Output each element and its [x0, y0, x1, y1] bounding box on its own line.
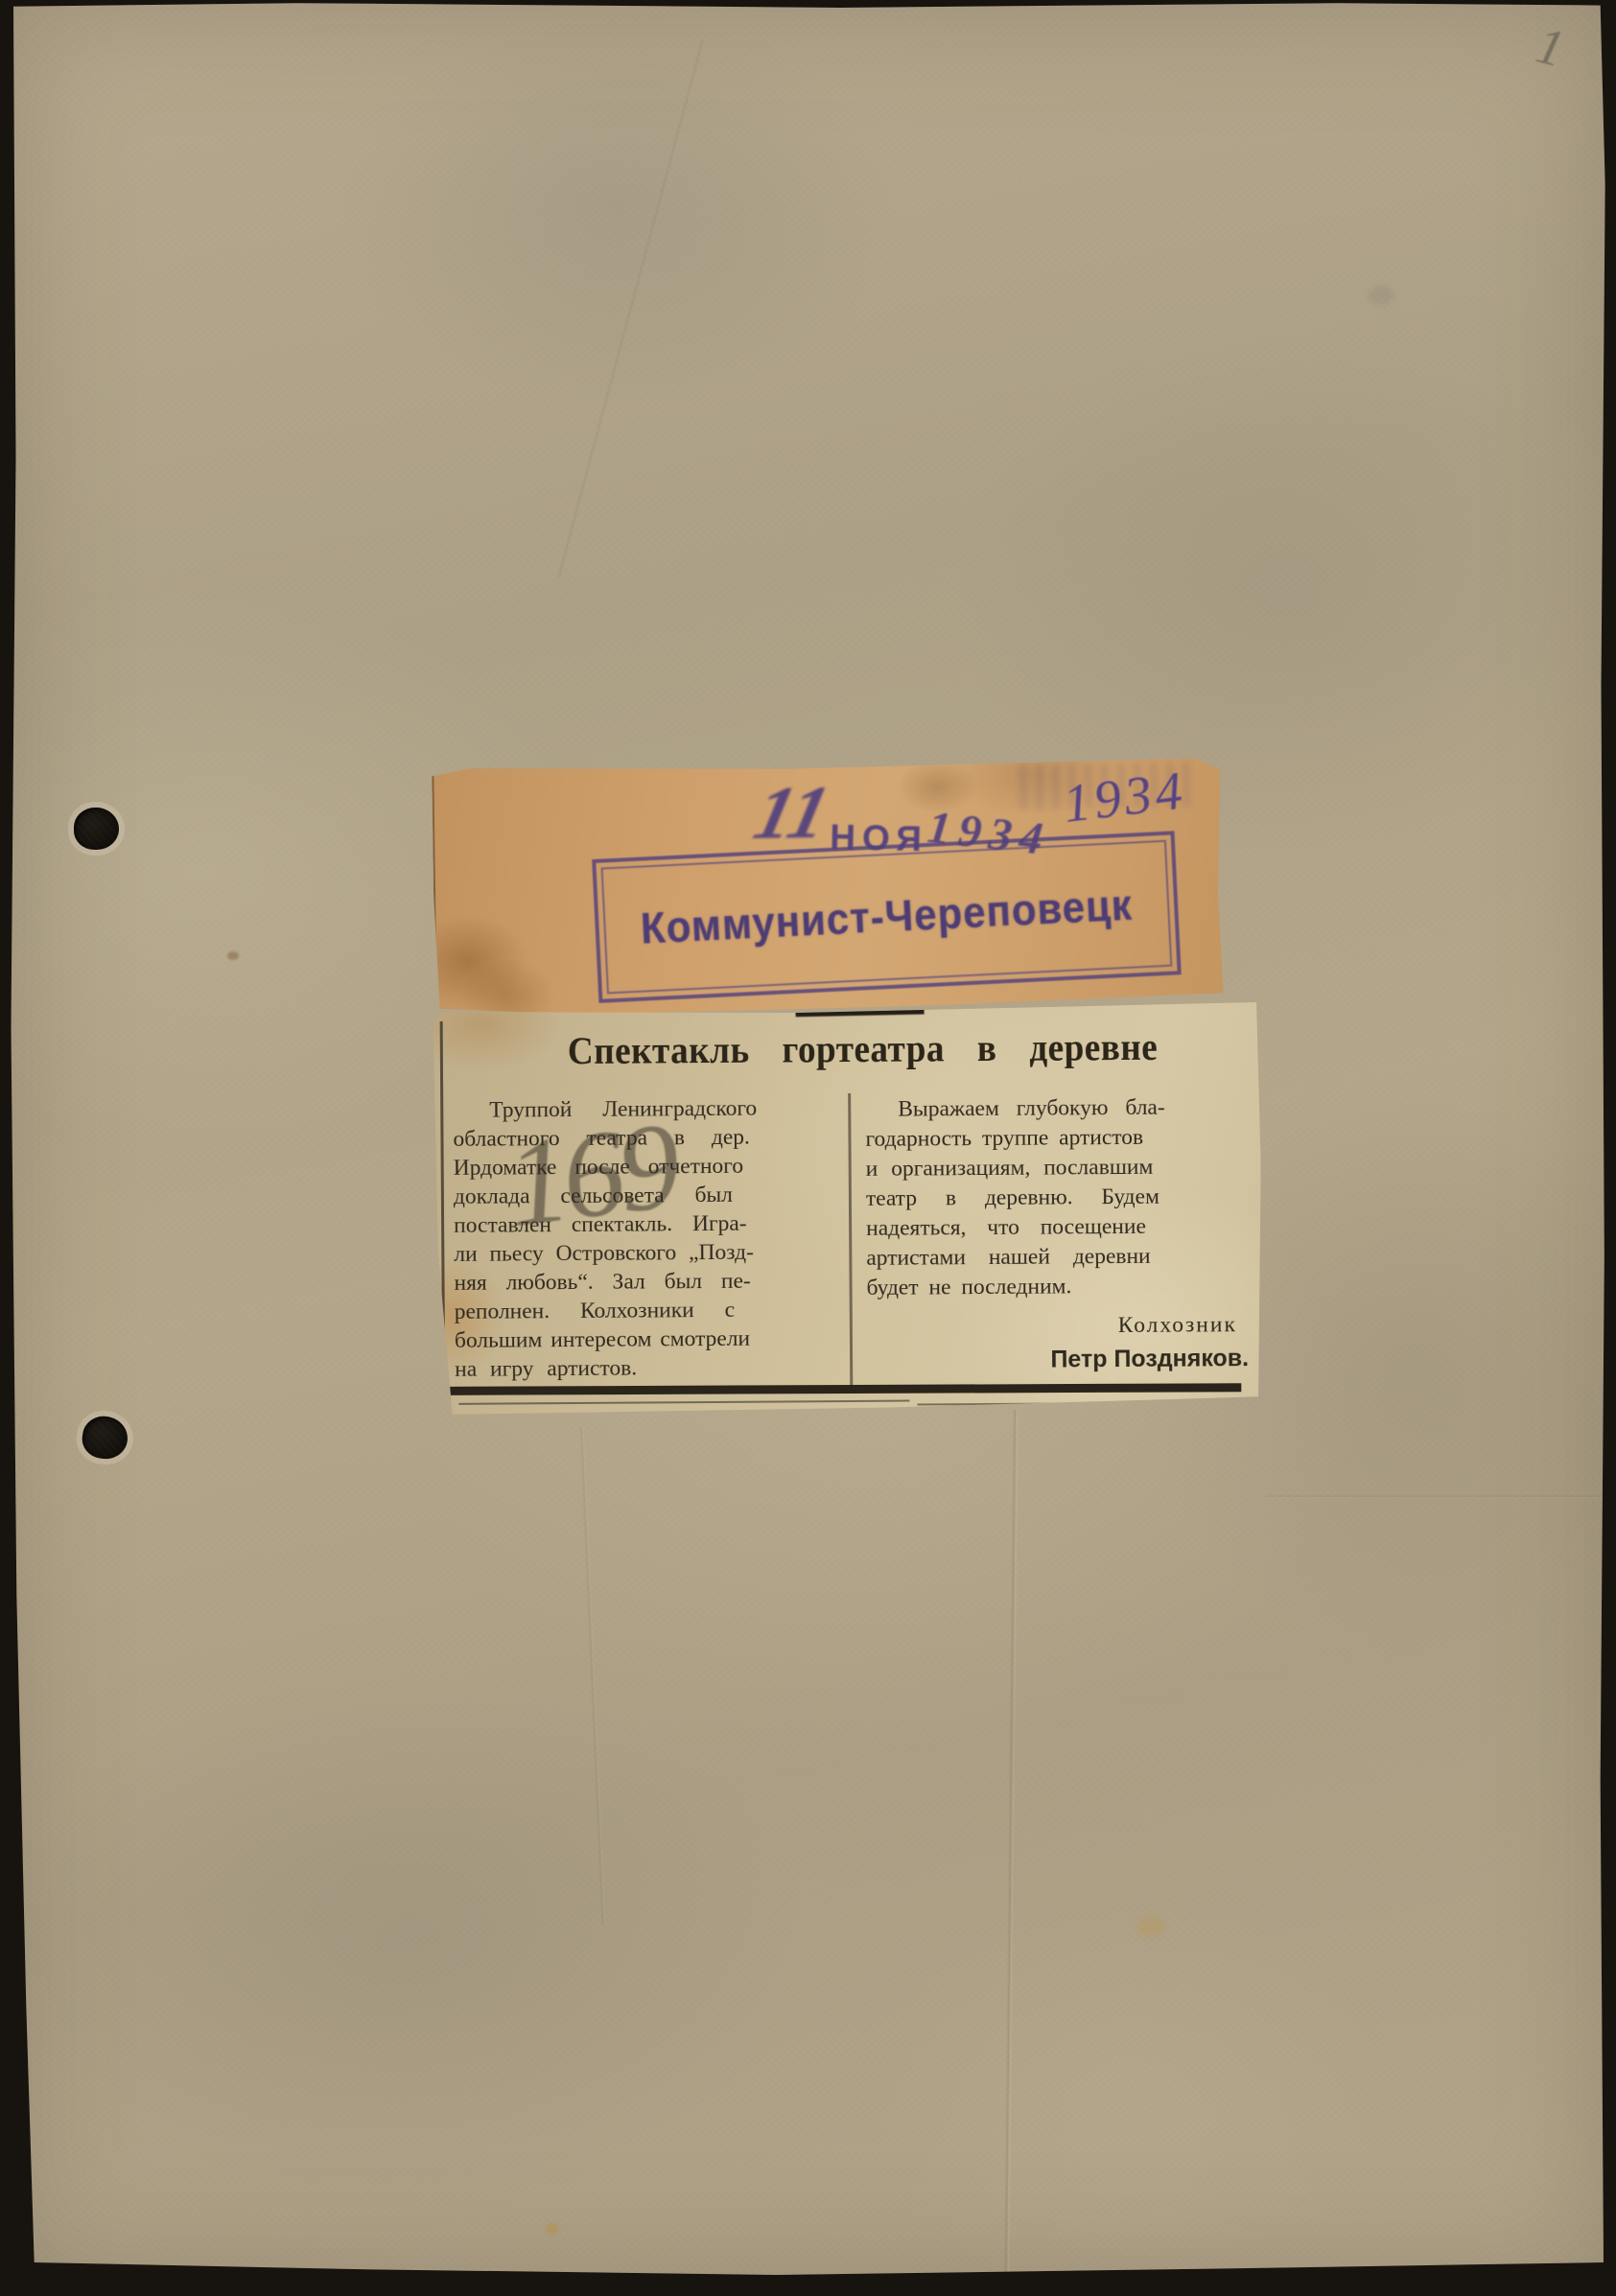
- text-line: и организациям, пославшим: [866, 1152, 1263, 1184]
- punch-hole-bottom: [80, 1414, 130, 1462]
- text-line: артистами нашей деревни: [866, 1241, 1262, 1274]
- punch-hole-top: [74, 808, 119, 850]
- crease-line: [579, 1427, 607, 1926]
- text-line: няя любовь“. Зал был пе-: [454, 1266, 849, 1298]
- text-line: театр в деревню. Будем: [866, 1182, 1263, 1214]
- text-line: Выражаем глубокую бла-: [865, 1092, 1262, 1125]
- text-line: большим интересом смотрели: [455, 1324, 850, 1355]
- crease-line: [556, 39, 705, 578]
- newspaper-stamp-box: Коммунист-Череповецк: [592, 831, 1182, 1003]
- newspaper-stamp-text: Коммунист-Череповецк: [640, 880, 1134, 954]
- crease-line: [1003, 1410, 1019, 2292]
- stain-speck: [1136, 1916, 1165, 1937]
- text-line: надеяться, что посещение: [866, 1211, 1262, 1244]
- stain-speck: [1369, 286, 1394, 305]
- scan-background: 1 11 НОЯ 1934 1934 Коммунист-Череповецк …: [0, 0, 1616, 2296]
- archive-page: 1 11 НОЯ 1934 1934 Коммунист-Череповецк …: [9, 2, 1608, 2281]
- handwritten-day: 11: [746, 769, 837, 856]
- text-line: годарность труппе артистов: [865, 1122, 1262, 1155]
- thin-rule: [458, 1400, 909, 1405]
- page-number-pencil: 1: [1531, 15, 1570, 80]
- text-line: реполнен. Колхозники с: [455, 1295, 850, 1326]
- stain-speck: [227, 951, 239, 960]
- text-line: ли пьесу Островского „Позд-: [454, 1237, 849, 1269]
- bottom-rule: [445, 1383, 1241, 1395]
- handwritten-year: 1934: [1060, 760, 1189, 835]
- stain-speck: [546, 2223, 559, 2235]
- signature-name: Петр Поздняков.: [867, 1344, 1262, 1376]
- pencil-scribble: 169: [500, 1095, 683, 1255]
- signature-role: Колхозник: [867, 1310, 1263, 1343]
- stamp-fragment-paper: 11 НОЯ 1934 1934 Коммунист-Череповецк: [432, 758, 1224, 1016]
- text-line: будет не последним.: [866, 1271, 1262, 1303]
- clipping-right-column: Выражаем глубокую бла- годарность труппе…: [865, 1092, 1262, 1376]
- text-line: на игру артистов.: [455, 1352, 850, 1384]
- thin-rule: [917, 1401, 1222, 1405]
- left-border-rule: [440, 1021, 446, 1392]
- clipping-headline: Спектакль гортеатра в деревне: [568, 1024, 1159, 1073]
- crease-line: [1267, 1494, 1616, 1499]
